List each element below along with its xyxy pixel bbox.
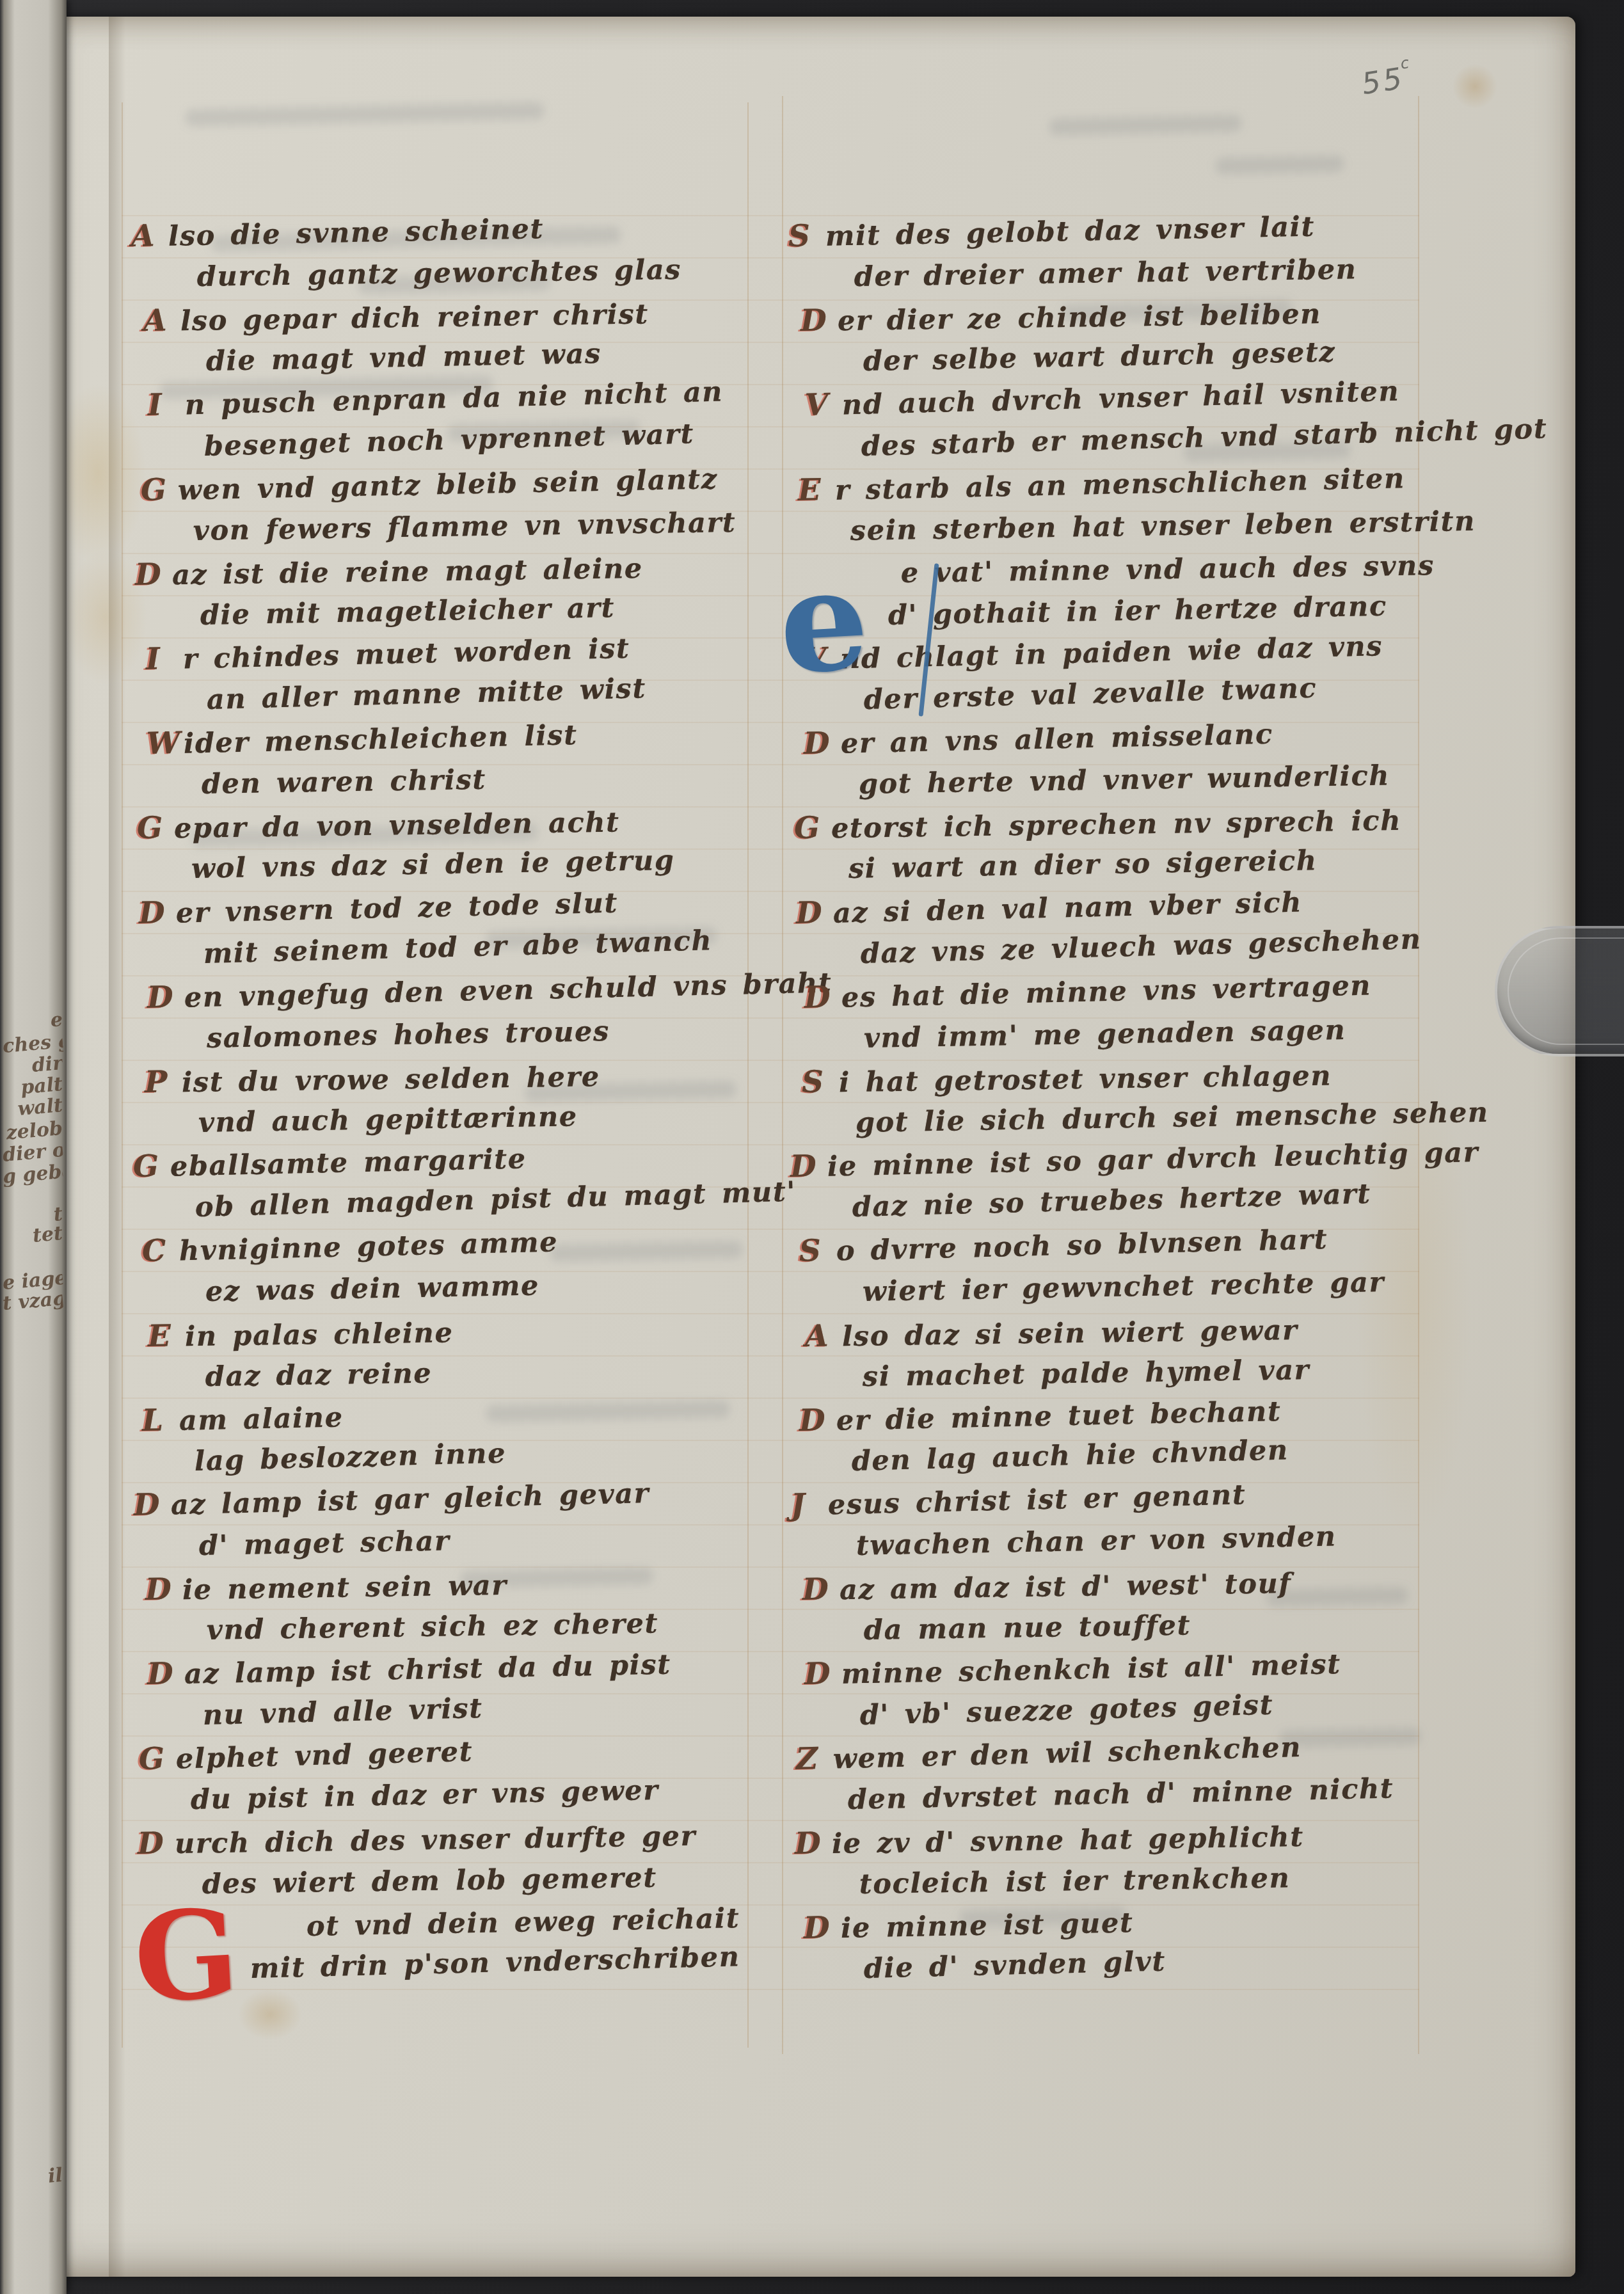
versal-letter: I	[145, 641, 183, 677]
versal-letter: I	[147, 387, 185, 423]
facing-leaf-text-fragment: tet	[2, 1222, 64, 1250]
verse-line: Daz ist die reine magt aleine	[135, 550, 644, 597]
verse-text: r chindes muet worden ist	[182, 633, 630, 676]
verse-line: da man nue touffet	[864, 1609, 1191, 1654]
versal-letter: W	[146, 726, 184, 761]
verse-line: salomones hohes troues	[206, 1016, 610, 1062]
verse-text: ider menschleichen list	[183, 719, 578, 760]
verse-text: d' maget schar	[198, 1525, 450, 1562]
verse-text: lso die svnne scheinet	[168, 213, 544, 253]
verse-line: Also daz si sein wiert gewar	[805, 1312, 1298, 1358]
verse-text: az ist die reine magt aleine	[172, 553, 644, 591]
verse-line: Getorst ich sprechen nv sprech ich	[794, 802, 1402, 850]
verse-line: vnd auch gepittærinne	[198, 1101, 578, 1147]
versal-letter: G	[137, 810, 175, 846]
verse-text: des wiert dem lob gemeret	[202, 1862, 658, 1900]
verse-text: ie nement sein war	[182, 1570, 507, 1606]
verse-text: er die minne tuet bechant	[836, 1396, 1281, 1437]
spine-leaf-edge: eches gdirpaltwaltzelobdier obg gebettet…	[0, 0, 67, 2294]
versal-letter: D	[804, 1656, 841, 1692]
verse-line: von fewers flamme vn vnvschart	[193, 507, 736, 555]
verse-text: epar da von vnselden acht	[174, 806, 620, 845]
versal-letter: D	[138, 895, 176, 931]
verse-text: vnd auch gepittærinne	[198, 1101, 578, 1139]
verse-line: Gepar da von vnselden acht	[137, 804, 620, 850]
verse-text: az lamp ist christ da du pist	[184, 1649, 671, 1691]
verse-text: er an vns allen misselanc	[840, 719, 1273, 760]
verse-text: den waren christ	[201, 764, 486, 801]
verse-line: des wiert dem lob gemeret	[202, 1862, 658, 1908]
verse-text: eballsamte margarite	[170, 1143, 527, 1183]
versal-letter: D	[799, 1403, 836, 1438]
manuscript-scan: 55c Also die svnne scheinetdurch gantz g…	[0, 0, 1624, 2294]
verse-text: da man nue touffet	[864, 1609, 1191, 1646]
verse-text: etorst ich sprechen nv sprech ich	[831, 805, 1402, 845]
verse-text: tocleich ist ier trenkchen	[859, 1862, 1291, 1900]
versal-letter: P	[145, 1064, 182, 1100]
versal-letter: D	[138, 1826, 175, 1861]
versal-letter: D	[133, 1487, 171, 1523]
verse-line: Daz am daz ist d' west' touf	[802, 1565, 1292, 1612]
verse-line: Die minne ist guet	[803, 1904, 1134, 1950]
verse-text: ie zv d' svnne hat gephlicht	[832, 1821, 1304, 1860]
column-ruling	[747, 102, 749, 2048]
verse-text: vnd cherent sich ez cheret	[207, 1608, 659, 1646]
versal-letter: D	[795, 1826, 832, 1861]
verse-text: e vat' minne vnd auch des svns	[901, 550, 1435, 589]
verse-text: si machet palde hymel var	[863, 1354, 1310, 1393]
versal-letter: S	[788, 218, 825, 254]
verse-line: Der dier ze chinde ist beliben	[800, 296, 1322, 343]
verse-text: lso daz si sein wiert gewar	[842, 1314, 1298, 1353]
showthrough-streak	[1216, 155, 1344, 175]
verse-text: lso gepar dich reiner christ	[180, 298, 649, 337]
verse-text: hvniginne gotes amme	[179, 1226, 559, 1267]
verse-line: den waren christ	[201, 764, 486, 808]
bookmark-tab	[1495, 926, 1624, 1056]
verse-text: durch gantz geworchtes glas	[197, 254, 682, 293]
versal-letter: D	[804, 980, 841, 1016]
verse-line: nu vnd alle vrist	[202, 1693, 483, 1739]
versal-letter: L	[141, 1403, 179, 1438]
versal-letter: C	[141, 1233, 179, 1269]
facing-leaf-text-fragment: t vzage	[2, 1287, 64, 1315]
column-ruling	[782, 96, 783, 2054]
verse-text: er vnsern tod ze tode slut	[175, 887, 618, 929]
verse-text: am alaine	[179, 1401, 344, 1437]
verse-line: die d' svnden glvt	[863, 1945, 1166, 1993]
verse-text: nu vnd alle vrist	[202, 1693, 483, 1732]
verse-line: Durch dich des vnser durfte ger	[138, 1818, 697, 1866]
verse-text: mit des gelobt daz vnser lait	[825, 211, 1315, 252]
verse-line: Ein palas chleine	[148, 1314, 454, 1358]
verse-text: die mit magetleicher art	[200, 592, 615, 632]
verse-line: der dreier amer hat vertriben	[854, 253, 1358, 301]
verse-line: tocleich ist ier trenkchen	[859, 1862, 1291, 1908]
versal-letter: A	[143, 303, 181, 339]
versal-letter: D	[800, 303, 838, 339]
versal-letter: D	[147, 1656, 184, 1692]
verse-line: durch gantz geworchtes glas	[197, 254, 682, 301]
verse-line: Die zv d' svnne hat gephlicht	[795, 1819, 1305, 1866]
verse-text: er dier ze chinde ist beliben	[838, 298, 1322, 337]
verse-line: Also die svnne scheinet	[131, 211, 544, 259]
versal-letter: A	[805, 1318, 843, 1354]
verse-text: esus christ ist er genant	[827, 1479, 1246, 1521]
versal-letter: A	[131, 218, 168, 254]
verse-text: urch dich des vnser durfte ger	[175, 1820, 697, 1860]
verse-text: ie minne ist guet	[840, 1907, 1133, 1945]
versal-letter: G	[140, 472, 178, 508]
versal-letter: J	[790, 1487, 828, 1523]
verse-line: vnd imm' me genaden sagen	[863, 1014, 1346, 1062]
versal-letter: E	[797, 472, 835, 508]
verse-line: d' maget schar	[198, 1525, 450, 1570]
verse-line: daz daz reine	[205, 1357, 433, 1400]
verse-text: die d' svnden glvt	[863, 1945, 1166, 1985]
versal-letter: G	[138, 1741, 176, 1777]
verse-line: Pist du vrowe selden here	[145, 1058, 601, 1104]
versal-letter: E	[148, 1318, 186, 1354]
versal-letter: G	[132, 1149, 170, 1184]
initial-g-red: G	[131, 1893, 241, 2019]
verse-text: i hat getrostet vnser chlagen	[839, 1060, 1332, 1099]
verse-line: lag beslozzen inne	[194, 1437, 507, 1485]
verse-text: ist du vrowe selden here	[182, 1061, 601, 1099]
versal-letter: V	[804, 387, 842, 423]
verse-text: wen vnd gantz bleib sein glantz	[177, 463, 718, 507]
bookmark-tab-inner	[1508, 937, 1624, 1045]
verse-text: in palas chleine	[185, 1317, 454, 1353]
verse-text: daz daz reine	[205, 1357, 433, 1392]
versal-letter: D	[795, 895, 833, 931]
initial-e-blue: e	[776, 550, 872, 694]
verse-text: az si den val nam vber sich	[832, 887, 1302, 930]
verse-text: der dreier amer hat vertriben	[854, 253, 1357, 293]
verse-line: ez was dein wamme	[205, 1270, 539, 1316]
versal-letter: D	[790, 1149, 827, 1184]
versal-letter: S	[802, 1064, 840, 1100]
column-ruling	[1418, 96, 1419, 2054]
verse-text: ez was dein wamme	[205, 1270, 539, 1308]
verse-text: salomones hohes troues	[206, 1016, 610, 1055]
verse-text: minne schenkch ist all' meist	[841, 1648, 1341, 1691]
versal-letter: D	[803, 1910, 841, 1946]
verse-line: Lam alaine	[141, 1399, 344, 1443]
verse-text: die magt vnd muet was	[205, 338, 601, 378]
verse-text: elphet vnd geeret	[175, 1736, 473, 1776]
versal-letter: S	[799, 1233, 836, 1269]
versal-letter: D	[802, 1572, 840, 1607]
verse-text: az am daz ist d' west' touf	[840, 1568, 1292, 1606]
versal-letter: D	[135, 557, 173, 593]
column-ruling	[122, 102, 123, 2048]
versal-letter: G	[794, 810, 832, 846]
versal-letter: D	[147, 980, 184, 1016]
verse-line: Si hat getrostet vnser chlagen	[802, 1057, 1332, 1104]
verse-line: e vat' minne vnd auch des svns	[901, 550, 1435, 597]
versal-letter: Z	[795, 1741, 833, 1777]
verse-line: Die nement sein war	[145, 1567, 508, 1612]
versal-letter: D	[145, 1572, 183, 1607]
facing-leaf-text-fragment: g gebe	[2, 1161, 64, 1188]
versal-letter: D	[803, 726, 841, 761]
facing-leaf-text-fragment: il	[2, 2164, 64, 2192]
verse-line: Also gepar dich reiner christ	[143, 296, 649, 343]
